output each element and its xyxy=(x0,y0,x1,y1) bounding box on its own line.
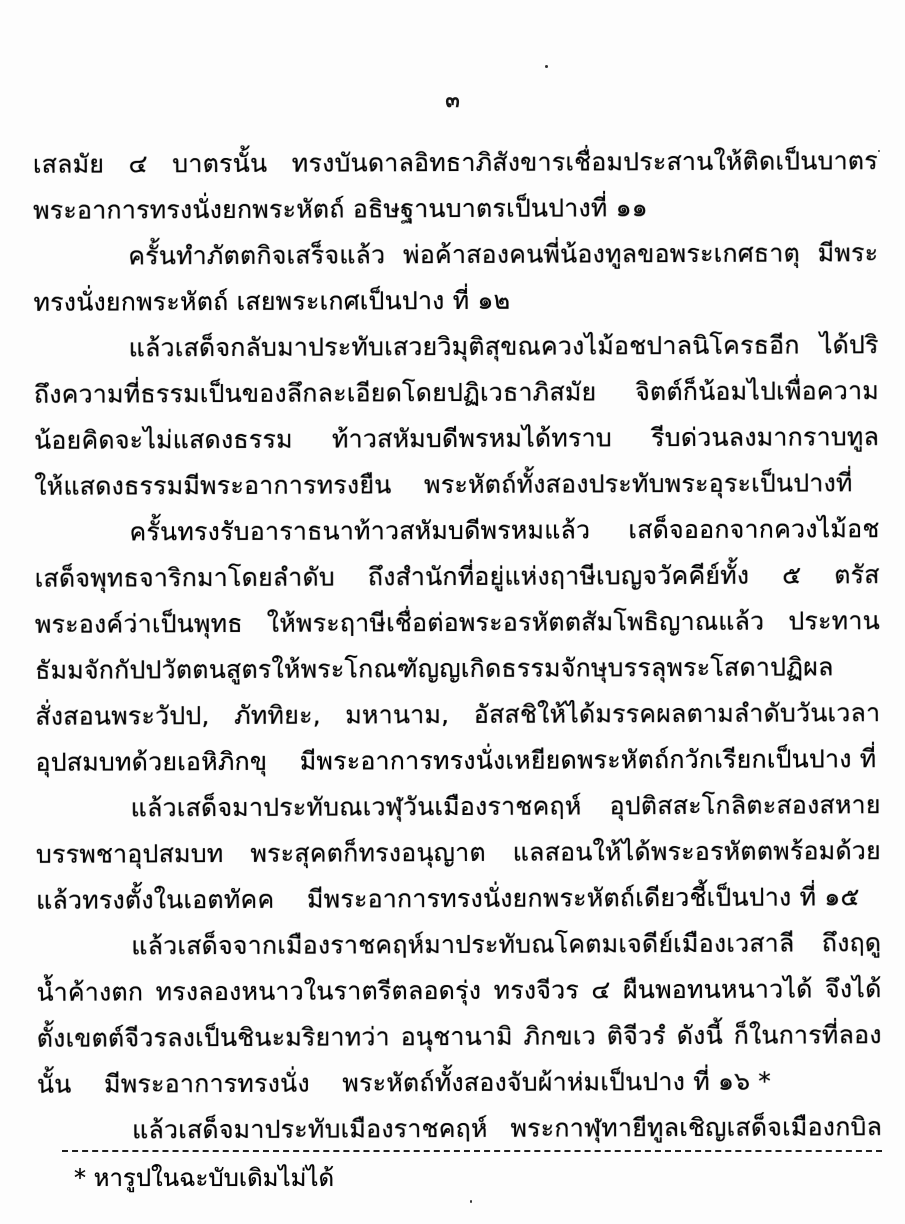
text-line: เสลมัย ๔ บาตรนั้น ทรงบันดาลอิทธาภิสังขาร… xyxy=(33,138,878,188)
text-line: ถึงความที่ธรรมเป็นของลึกละเอียดโดยปฏิเวธ… xyxy=(34,368,879,418)
body-text: เสลมัย ๔ บาตรนั้น ทรงบันดาลอิทธาภิสังขาร… xyxy=(33,138,882,1154)
text-line: แล้วเสด็จกลับมาประทับเสวยวิมุติสุขณควงไม… xyxy=(34,322,879,372)
text-line: พระอาการทรงนั่งยกพระหัตถ์ อธิษฐานบาตรเป็… xyxy=(33,184,878,234)
text-line: น้ำค้างตก ทรงลองหนาวในราตรีตลอดรุ่ง ทรงจ… xyxy=(36,966,881,1016)
text-line: แล้วเสด็จมาประทับเมืองราชคฤห์ พระกาฬุทาย… xyxy=(37,1104,882,1154)
text-line: ให้แสดงธรรมมีพระอาการทรงยืน พระหัตถ์ทั้ง… xyxy=(34,460,879,510)
text-line: สั่งสอนพระวัปป, ภัททิยะ, มหานาม, อัสสชิใ… xyxy=(35,690,880,740)
footnote: * หารูปในฉะบับเดิมไม่ได้ xyxy=(62,1150,882,1198)
footnote-divider xyxy=(62,1150,882,1152)
text-line: ตั้งเขตต์จีวรลงเป็นชินะมริยาทว่า อนุชานา… xyxy=(37,1012,882,1062)
text-line: น้อยคิดจะไม่แสดงธรรม ท้าวสหัมบดีพรหมได้ท… xyxy=(34,414,879,464)
scan-speck xyxy=(878,150,880,152)
scan-speck xyxy=(545,65,548,68)
text-line: ธัมมจักกัปปวัตตนสูตรให้พระโกณฑัญญเกิดธรร… xyxy=(35,644,880,694)
footnote-text: * หารูปในฉะบับเดิมไม่ได้ xyxy=(74,1158,882,1198)
scan-speck xyxy=(470,1200,472,1203)
text-line: นั้น มีพระอาการทรงนั่ง พระหัตถ์ทั้งสองจั… xyxy=(37,1058,882,1108)
text-line: ครั้นทำภัตตกิจเสร็จแล้ว พ่อค้าสองคนพี่น้… xyxy=(33,230,878,280)
text-line: เสด็จพุทธจาริกมาโดยลำดับ ถึงสำนักที่อยู่… xyxy=(35,552,880,602)
scanned-document-page: ๓ เสลมัย ๔ บาตรนั้น ทรงบันดาลอิทธาภิสังข… xyxy=(0,0,905,1224)
text-line: บรรพชาอุปสมบท พระสุคตก็ทรงอนุญาต แลสอนให… xyxy=(36,828,881,878)
page-number: ๓ xyxy=(0,84,905,117)
text-line: อุปสมบทด้วยเอหิภิกขุ มีพระอาการทรงนั่งเห… xyxy=(35,736,880,786)
text-line: แล้วเสด็จมาประทับณเวฬุวันเมืองราชคฤห์ อุ… xyxy=(36,782,881,832)
text-line: ทรงนั่งยกพระหัตถ์ เสยพระเกศเป็นปาง ที่ ๑… xyxy=(33,276,878,326)
text-line: พระองค์ว่าเป็นพุทธ ให้พระฤาษีเชื่อต่อพระ… xyxy=(35,598,880,648)
text-line: ครั้นทรงรับอาราธนาท้าวสหัมบดีพรหมแล้ว เส… xyxy=(34,506,879,556)
text-line: แล้วเสด็จจากเมืองราชคฤห์มาประทับณโคตมเจด… xyxy=(36,920,881,970)
text-line: แล้วทรงตั้งในเอตทัคค มีพระอาการทรงนั่งยก… xyxy=(36,874,881,924)
